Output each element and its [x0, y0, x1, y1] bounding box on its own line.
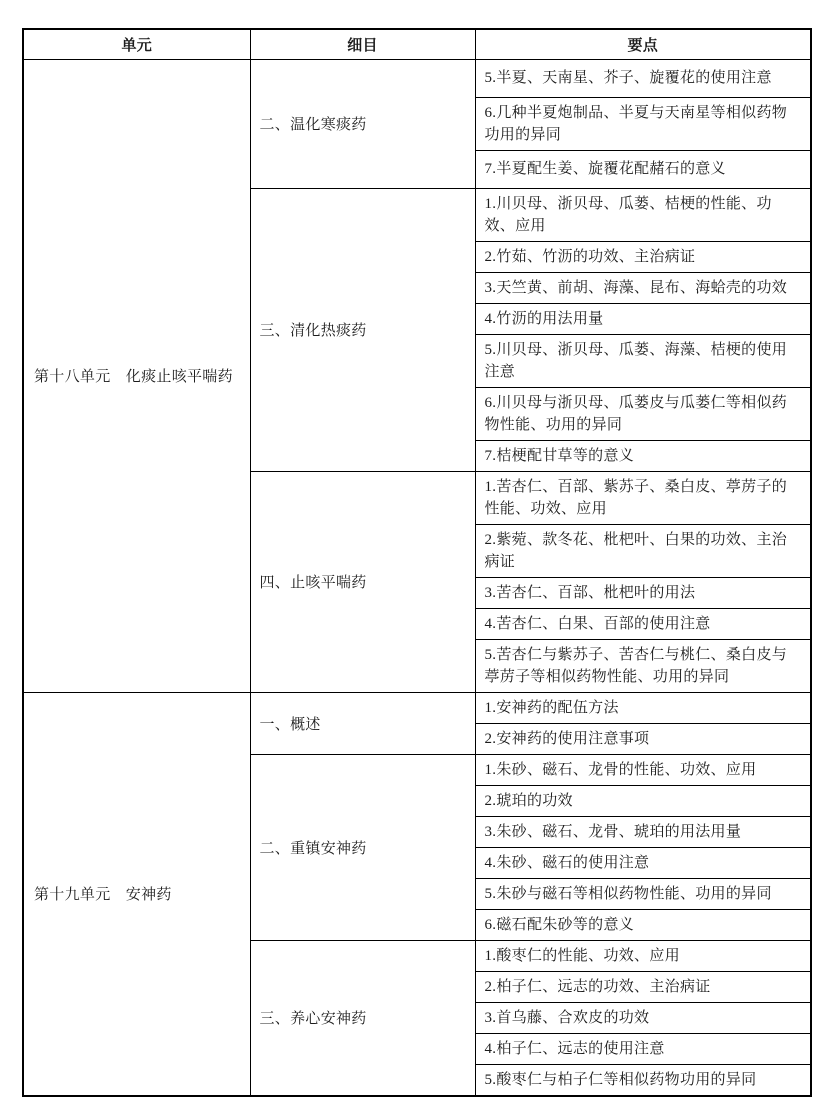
header-unit: 单元	[23, 29, 250, 59]
point-cell: 4.苦杏仁、白果、百部的使用注意	[475, 608, 811, 639]
point-cell: 4.竹沥的用法用量	[475, 303, 811, 334]
point-cell: 3.天竺黄、前胡、海藻、昆布、海蛤壳的功效	[475, 272, 811, 303]
point-cell: 2.紫菀、款冬花、枇杷叶、白果的功效、主治病证	[475, 524, 811, 577]
point-cell: 2.琥珀的功效	[475, 785, 811, 816]
subsection-cell-clear-hot-phlegm: 三、清化热痰药	[250, 188, 475, 471]
subsection-cell-stop-cough: 四、止咳平喘药	[250, 471, 475, 692]
point-cell: 3.首乌藤、合欢皮的功效	[475, 1002, 811, 1033]
unit-cell-18: 第十八单元 化痰止咳平喘药	[23, 59, 250, 692]
point-cell: 5.川贝母、浙贝母、瓜蒌、海藻、桔梗的使用注意	[475, 334, 811, 387]
point-cell: 7.桔梗配甘草等的意义	[475, 440, 811, 471]
point-cell: 5.半夏、天南星、芥子、旋覆花的使用注意	[475, 59, 811, 97]
table-row: 第十八单元 化痰止咳平喘药 二、温化寒痰药 5.半夏、天南星、芥子、旋覆花的使用…	[23, 59, 811, 97]
point-cell: 2.竹茹、竹沥的功效、主治病证	[475, 241, 811, 272]
point-cell: 1.朱砂、磁石、龙骨的性能、功效、应用	[475, 754, 811, 785]
point-cell: 3.朱砂、磁石、龙骨、琥珀的用法用量	[475, 816, 811, 847]
unit-cell-19: 第十九单元 安神药	[23, 692, 250, 1096]
point-cell: 2.安神药的使用注意事项	[475, 723, 811, 754]
table-header-row: 单元 细目 要点	[23, 29, 811, 59]
point-cell: 7.半夏配生姜、旋覆花配赭石的意义	[475, 150, 811, 188]
point-cell: 6.川贝母与浙贝母、瓜蒌皮与瓜蒌仁等相似药物性能、功用的异同	[475, 387, 811, 440]
point-cell: 1.酸枣仁的性能、功效、应用	[475, 940, 811, 971]
subsection-cell-warm-cold-phlegm: 二、温化寒痰药	[250, 59, 475, 188]
header-points: 要点	[475, 29, 811, 59]
subsection-cell-heavy-sedative: 二、重镇安神药	[250, 754, 475, 940]
syllabus-table: 单元 细目 要点 第十八单元 化痰止咳平喘药 二、温化寒痰药 5.半夏、天南星、…	[22, 28, 812, 1097]
point-cell: 6.磁石配朱砂等的意义	[475, 909, 811, 940]
point-cell: 6.几种半夏炮制品、半夏与天南星等相似药物功用的异同	[475, 97, 811, 150]
point-cell: 1.川贝母、浙贝母、瓜蒌、桔梗的性能、功效、应用	[475, 188, 811, 241]
point-cell: 1.苦杏仁、百部、紫苏子、桑白皮、葶苈子的性能、功效、应用	[475, 471, 811, 524]
table-row: 第十九单元 安神药 一、概述 1.安神药的配伍方法	[23, 692, 811, 723]
subsection-cell-nourish-heart: 三、养心安神药	[250, 940, 475, 1096]
point-cell: 4.朱砂、磁石的使用注意	[475, 847, 811, 878]
subsection-cell-overview: 一、概述	[250, 692, 475, 754]
point-cell: 2.柏子仁、远志的功效、主治病证	[475, 971, 811, 1002]
point-cell: 5.朱砂与磁石等相似药物性能、功用的异同	[475, 878, 811, 909]
point-cell: 5.苦杏仁与紫苏子、苦杏仁与桃仁、桑白皮与葶苈子等相似药物性能、功用的异同	[475, 639, 811, 692]
point-cell: 1.安神药的配伍方法	[475, 692, 811, 723]
point-cell: 3.苦杏仁、百部、枇杷叶的用法	[475, 577, 811, 608]
header-subsection: 细目	[250, 29, 475, 59]
point-cell: 5.酸枣仁与柏子仁等相似药物功用的异同	[475, 1064, 811, 1096]
point-cell: 4.柏子仁、远志的使用注意	[475, 1033, 811, 1064]
